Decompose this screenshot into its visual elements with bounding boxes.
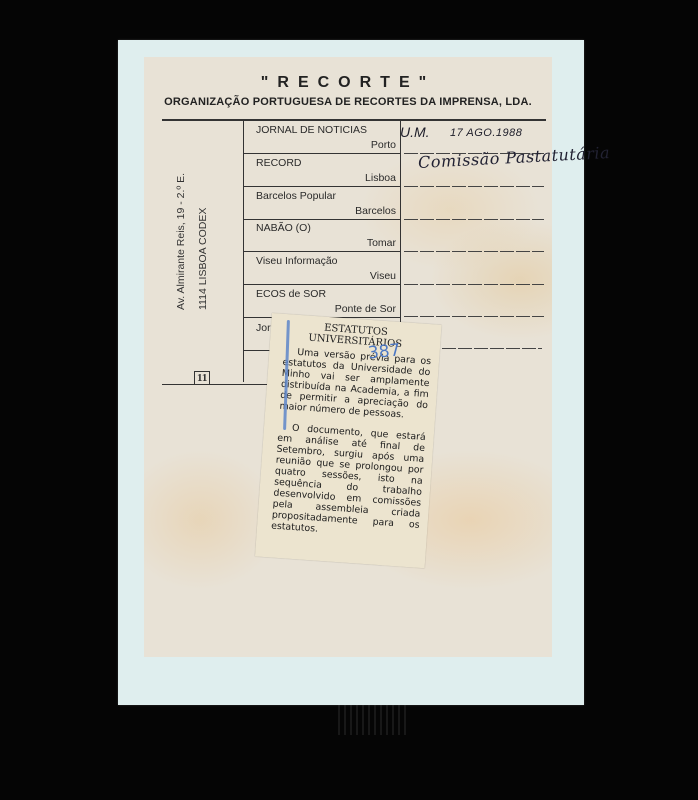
row-divider bbox=[244, 186, 400, 187]
newspaper-city: Tomar bbox=[367, 237, 396, 249]
newspaper-name: Barcelos Popular bbox=[256, 190, 336, 202]
scan-artifact bbox=[338, 705, 408, 735]
form-number: 11 bbox=[194, 371, 210, 384]
address-street: Av. Almirante Reis, 19 - 2.º E. bbox=[170, 173, 192, 310]
clipping-number: 387 bbox=[367, 340, 401, 363]
row-divider bbox=[244, 284, 400, 285]
newspaper-name: Viseu Informação bbox=[256, 255, 338, 267]
newspaper-name: RECORD bbox=[256, 157, 302, 169]
newspaper-name: JORNAL DE NOTICIAS bbox=[256, 124, 367, 136]
newspaper-name: NABÃO (O) bbox=[256, 222, 311, 234]
newspaper-city: Viseu bbox=[370, 270, 396, 282]
newspaper-city: Ponte de Sor bbox=[335, 303, 396, 315]
row-divider bbox=[244, 251, 400, 252]
organization-name: ORGANIZAÇÃO PORTUGUESA DE RECORTES DA IM… bbox=[144, 96, 552, 108]
column-divider-right bbox=[400, 120, 401, 352]
clipping-paragraph: O documento, que estará em análise até f… bbox=[271, 422, 426, 542]
note-line bbox=[404, 186, 544, 187]
header-divider bbox=[162, 119, 546, 121]
note-line bbox=[404, 284, 544, 285]
newspaper-clipping: ESTATUTOS UNIVERSITÁRIOS Uma versão prév… bbox=[255, 313, 442, 568]
address-city: 1114 LISBOA CODEX bbox=[192, 173, 214, 310]
stamp-code: U.M. bbox=[400, 124, 430, 140]
note-line bbox=[404, 251, 544, 252]
stamp-date: 17 AGO.1988 bbox=[450, 127, 522, 139]
address-block: Av. Almirante Reis, 19 - 2.º E. 1114 LIS… bbox=[170, 173, 214, 310]
newspaper-city: Porto bbox=[371, 139, 396, 151]
row-divider bbox=[244, 153, 400, 154]
newspaper-city: Lisboa bbox=[365, 172, 396, 184]
row-divider bbox=[244, 219, 400, 220]
brand-title: "RECORTE" bbox=[144, 74, 552, 92]
note-line bbox=[404, 316, 544, 317]
clipping-paragraph: Uma versão prévia para os estatutos da U… bbox=[279, 346, 431, 422]
note-line bbox=[404, 219, 544, 220]
newspaper-city: Barcelos bbox=[355, 205, 396, 217]
newspaper-name: ECOS de SOR bbox=[256, 288, 326, 300]
note-line bbox=[442, 348, 542, 349]
